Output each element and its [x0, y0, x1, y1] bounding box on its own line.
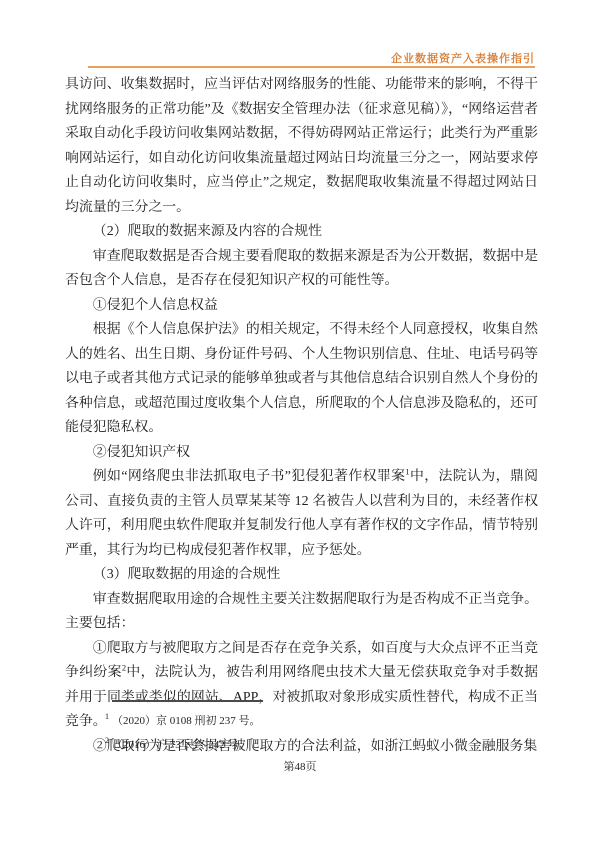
paragraph: 例如“网络爬虫非法抓取电子书”犯侵犯著作权罪案1中，法院认为，鼎阅公司、直接负责… — [65, 465, 538, 563]
header-title: 企业数据资产入表操作指引 — [391, 50, 535, 66]
sub-heading: ①侵犯个人信息权益 — [65, 294, 538, 319]
heading-text: ②侵犯知识产权 — [93, 445, 190, 460]
page-number: 第48页 — [284, 761, 317, 773]
footnote-marker-2: 2 — [105, 736, 109, 745]
heading-text: ①侵犯个人信息权益 — [93, 298, 218, 313]
header-rule — [88, 66, 535, 68]
document-page: 企业数据资产入表操作指引 具访问、收集数据时，应当评估对网络服务的性能、功能带来… — [0, 0, 600, 848]
section-heading: （3）爬取数据的用途的合规性 — [65, 563, 538, 588]
sub-heading: ②侵犯知识产权 — [65, 441, 538, 466]
page-footer: 第48页 — [0, 758, 600, 774]
document-body: 具访问、收集数据时，应当评估对网络服务的性能、功能带来的影响，不得干扰网络服务的… — [65, 73, 538, 759]
paragraph-text: 根据《个人信息保护法》的相关规定，不得未经个人同意授权，收集自然人的姓名、出生日… — [65, 322, 538, 435]
section-heading: （2）爬取的数据来源及内容的合规性 — [65, 220, 538, 245]
paragraph-text: 例如“网络爬虫非法抓取电子书”犯侵犯著作权罪案 — [93, 469, 406, 484]
paragraph: 审查爬取数据是否合规主要看爬取的数据来源是否为公开数据，数据中是否包含个人信息，… — [65, 245, 538, 294]
footnote-text-2: （2016）沪 73 民终 242 号。 — [112, 739, 250, 751]
paragraph: 审查数据爬取用途的合规性主要关注数据爬取行为是否构成不正当竞争。主要包括： — [65, 588, 538, 637]
footnote-separator — [112, 700, 263, 702]
paragraph: 根据《个人信息保护法》的相关规定，不得未经个人同意授权，收集自然人的姓名、出生日… — [65, 318, 538, 441]
footnote-marker-1: 1 — [105, 712, 109, 721]
footnote-1: 1（2020）京 0108 刑初 237 号。 — [105, 712, 261, 728]
heading-text: （2）爬取的数据来源及内容的合规性 — [93, 224, 322, 239]
footnote-2: 2（2016）沪 73 民终 242 号。 — [105, 736, 250, 752]
paragraph-text: 审查爬取数据是否合规主要看爬取的数据来源是否为公开数据，数据中是否包含个人信息，… — [65, 249, 538, 289]
paragraph-text: 具访问、收集数据时，应当评估对网络服务的性能、功能带来的影响，不得干扰网络服务的… — [65, 77, 538, 215]
footnote-text-1: （2020）京 0108 刑初 237 号。 — [112, 715, 261, 727]
paragraph: 具访问、收集数据时，应当评估对网络服务的性能、功能带来的影响，不得干扰网络服务的… — [65, 73, 538, 220]
paragraph-text: 审查数据爬取用途的合规性主要关注数据爬取行为是否构成不正当竞争。主要包括： — [65, 592, 538, 632]
heading-text: （3）爬取数据的用途的合规性 — [93, 567, 281, 582]
